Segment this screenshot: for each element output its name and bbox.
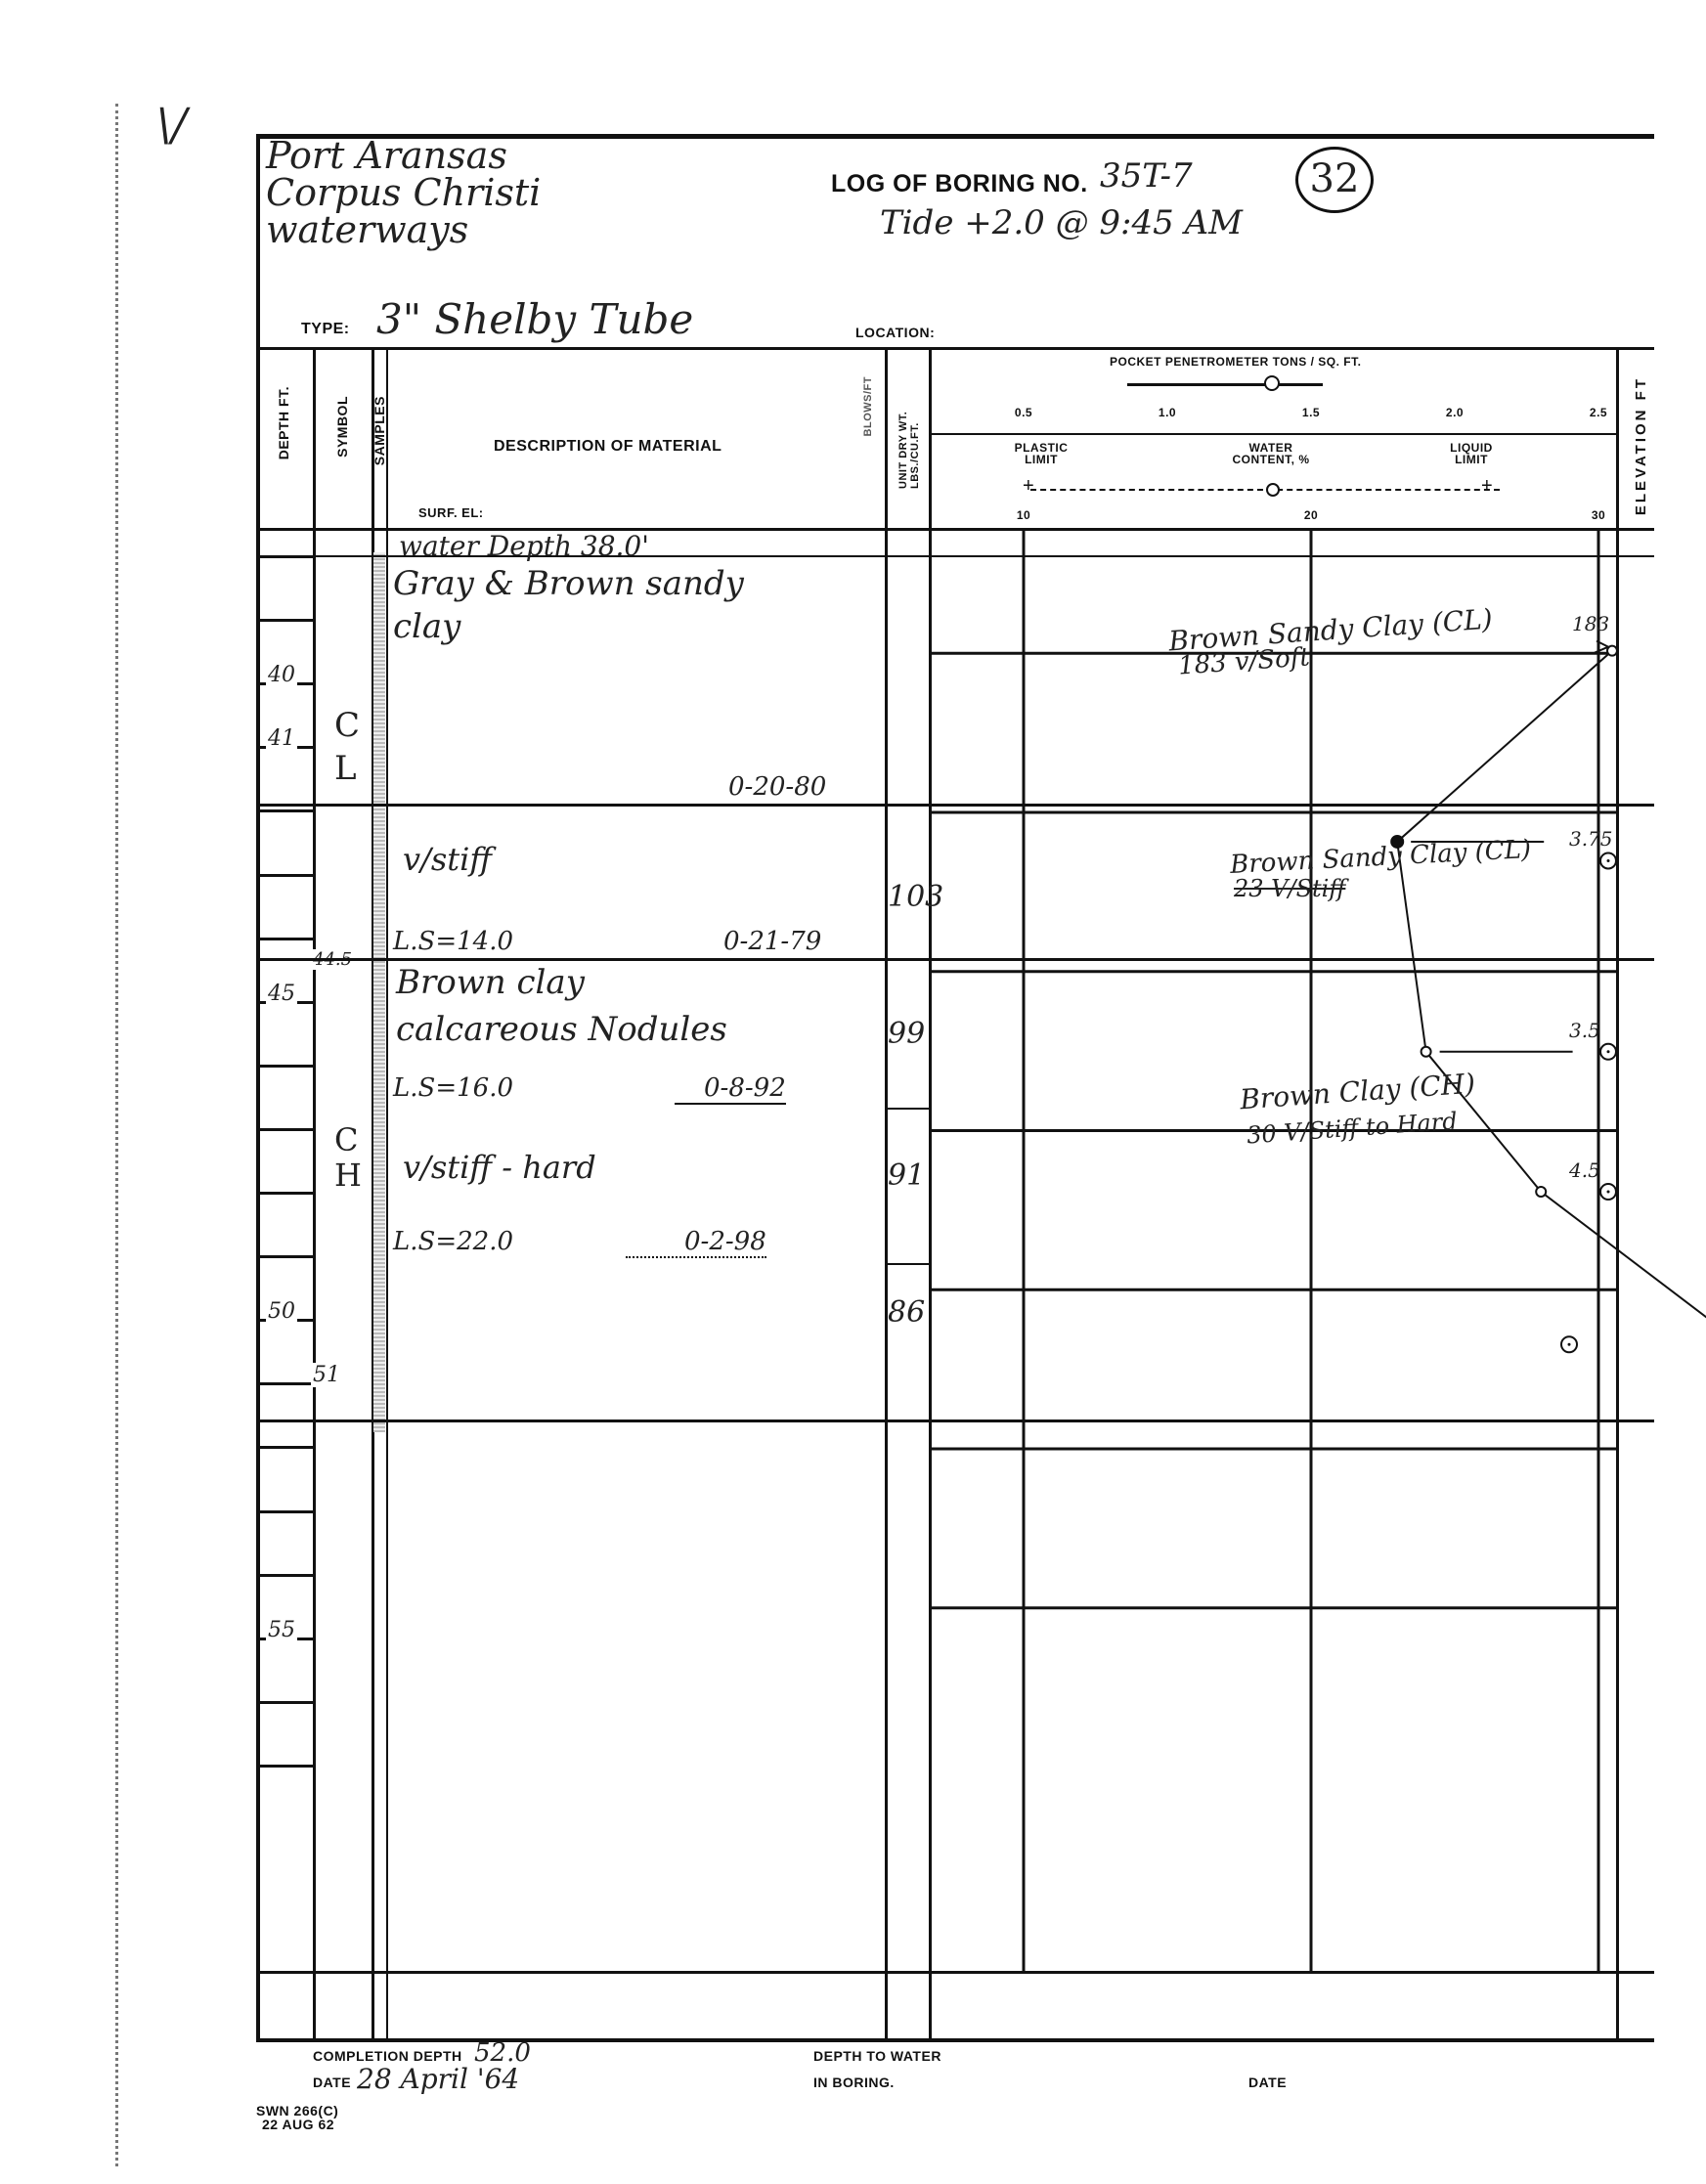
penetrometer-point-center bbox=[1607, 859, 1610, 862]
offscale-value-label: 183 bbox=[1572, 612, 1609, 635]
form-id: SWN 266(C) 22 AUG 62 bbox=[256, 2104, 338, 2131]
penetrometer-value-label: 4.5 bbox=[1569, 1158, 1600, 1182]
plot-annotation: 23 V/Stiff bbox=[1234, 875, 1345, 902]
in-boring-label: IN BORING. bbox=[813, 2075, 895, 2090]
penetrometer-point-center bbox=[1568, 1343, 1571, 1346]
water-content-point bbox=[1422, 1047, 1431, 1057]
date-label: DATE bbox=[313, 2075, 351, 2090]
penetrometer-value-label: 3.75 bbox=[1569, 827, 1613, 851]
completion-date-value: 28 April '64 bbox=[357, 2063, 519, 2095]
water-date-label: DATE bbox=[1248, 2075, 1287, 2090]
form-date: 22 AUG 62 bbox=[256, 2118, 338, 2131]
penetrometer-value-label: 3.5 bbox=[1569, 1019, 1600, 1042]
offscale-arrow-icon bbox=[1595, 641, 1608, 653]
form-number: SWN 266(C) bbox=[256, 2104, 338, 2118]
penetrometer-point-center bbox=[1607, 1191, 1610, 1194]
penetrometer-point-center bbox=[1607, 1050, 1610, 1053]
water-content-line bbox=[1397, 651, 1706, 1345]
water-content-point bbox=[1536, 1187, 1546, 1197]
completion-depth-label: COMPLETION DEPTH bbox=[313, 2048, 462, 2064]
depth-to-water-label: DEPTH TO WATER bbox=[813, 2048, 941, 2064]
